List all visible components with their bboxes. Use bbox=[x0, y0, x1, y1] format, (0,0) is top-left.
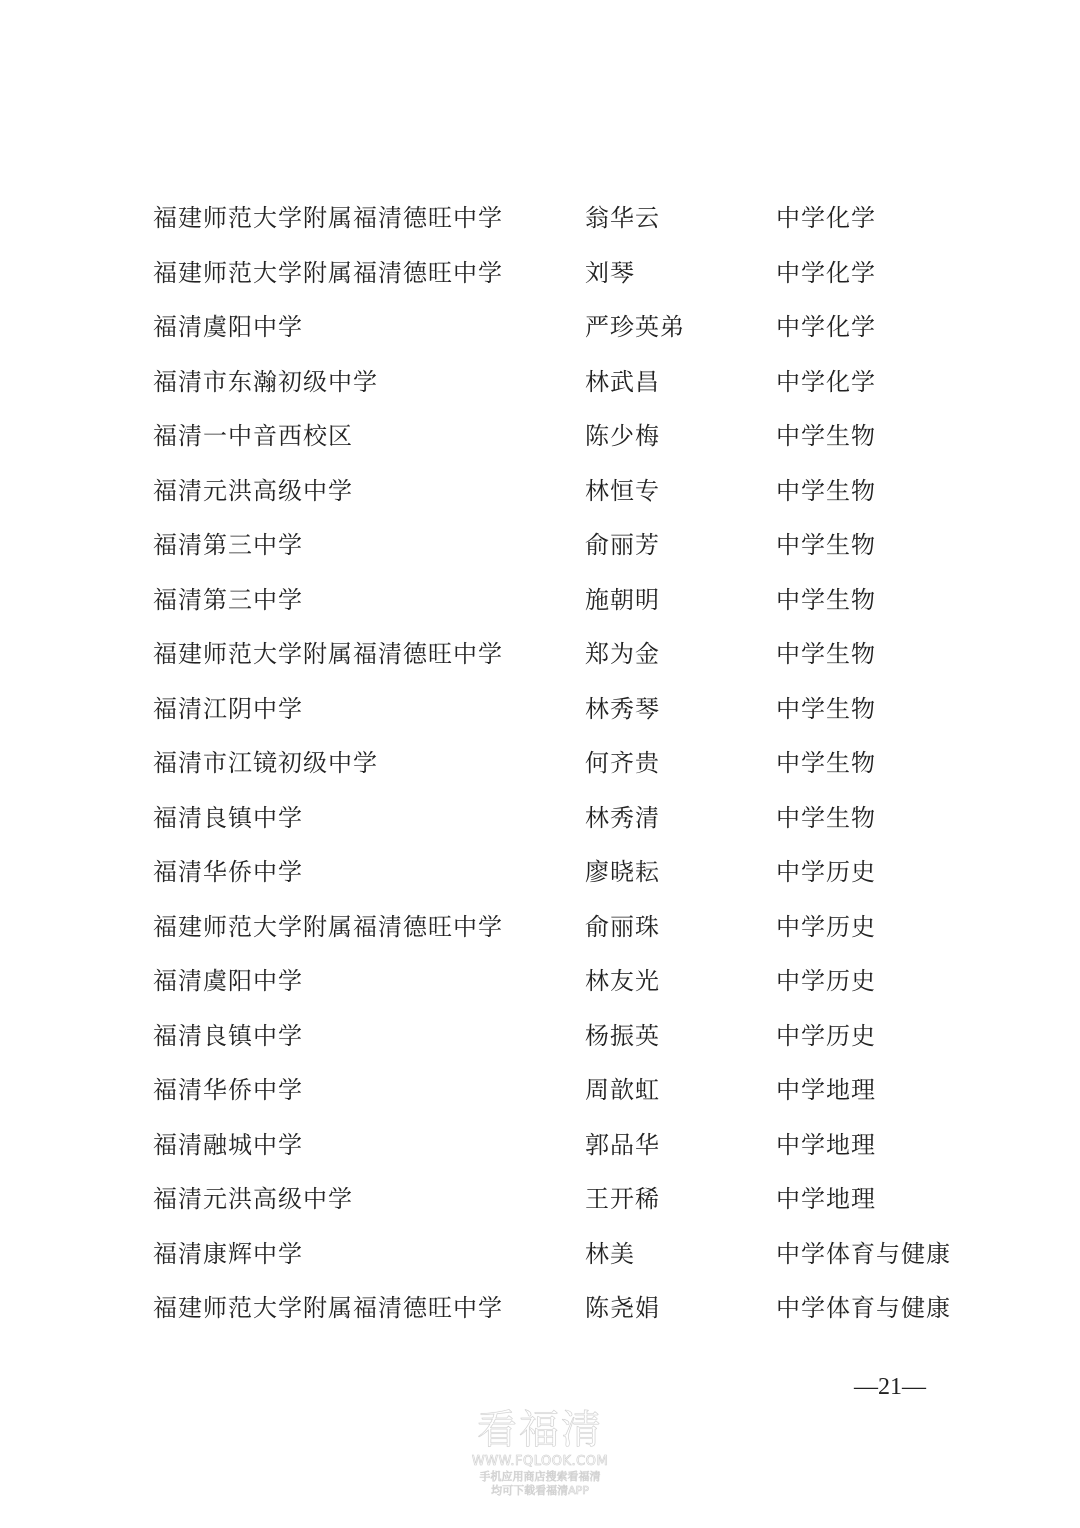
table-row: 福清第三中学 俞丽芳 中学生物 bbox=[153, 527, 973, 582]
name-cell: 林秀琴 bbox=[585, 691, 660, 727]
watermark: 看福清 WWW.FQLOOK.COM 手机应用商店搜索看福清 均可下载看福清AP… bbox=[440, 1408, 640, 1498]
subject-cell: 中学化学 bbox=[776, 364, 876, 400]
table-row: 福建师范大学附属福清德旺中学 刘琴 中学化学 bbox=[153, 255, 973, 310]
subject-cell: 中学生物 bbox=[776, 745, 876, 781]
document-page: 福建师范大学附属福清德旺中学 翁华云 中学化学 福建师范大学附属福清德旺中学 刘… bbox=[0, 0, 1080, 1528]
watermark-url: WWW.FQLOOK.COM bbox=[440, 1454, 640, 1470]
page-number: —21— bbox=[840, 1374, 940, 1401]
table-row: 福建师范大学附属福清德旺中学 陈尧娟 中学体育与健康 bbox=[153, 1290, 973, 1345]
table-row: 福清虞阳中学 严珍英弟 中学化学 bbox=[153, 309, 973, 364]
table-row: 福清虞阳中学 林友光 中学历史 bbox=[153, 963, 973, 1018]
table-row: 福清江阴中学 林秀琴 中学生物 bbox=[153, 691, 973, 746]
subject-cell: 中学化学 bbox=[776, 200, 876, 236]
table-row: 福清一中音西校区 陈少梅 中学生物 bbox=[153, 418, 973, 473]
table-row: 福清康辉中学 林美 中学体育与健康 bbox=[153, 1236, 973, 1291]
subject-cell: 中学历史 bbox=[776, 854, 876, 890]
name-cell: 郑为金 bbox=[585, 636, 660, 672]
watermark-line-1: 手机应用商店搜索看福清 bbox=[440, 1470, 640, 1484]
school-cell: 福清第三中学 bbox=[153, 582, 303, 618]
name-cell: 陈少梅 bbox=[585, 418, 660, 454]
name-cell: 林恒专 bbox=[585, 473, 660, 509]
subject-cell: 中学历史 bbox=[776, 909, 876, 945]
name-cell: 俞丽珠 bbox=[585, 909, 660, 945]
school-cell: 福清良镇中学 bbox=[153, 1018, 303, 1054]
subject-cell: 中学生物 bbox=[776, 800, 876, 836]
subject-cell: 中学地理 bbox=[776, 1072, 876, 1108]
school-cell: 福清华侨中学 bbox=[153, 1072, 303, 1108]
watermark-title: 看福清 bbox=[440, 1408, 640, 1452]
subject-cell: 中学历史 bbox=[776, 963, 876, 999]
school-cell: 福清第三中学 bbox=[153, 527, 303, 563]
subject-cell: 中学生物 bbox=[776, 473, 876, 509]
watermark-line-2: 均可下载看福清APP bbox=[440, 1484, 640, 1498]
subject-cell: 中学生物 bbox=[776, 527, 876, 563]
table-row: 福清元洪高级中学 王开稀 中学地理 bbox=[153, 1181, 973, 1236]
table-row: 福清市东瀚初级中学 林武昌 中学化学 bbox=[153, 364, 973, 419]
school-cell: 福建师范大学附属福清德旺中学 bbox=[153, 909, 503, 945]
name-cell: 严珍英弟 bbox=[585, 309, 685, 345]
name-cell: 林美 bbox=[585, 1236, 635, 1272]
name-cell: 廖晓耘 bbox=[585, 854, 660, 890]
school-cell: 福清元洪高级中学 bbox=[153, 473, 353, 509]
name-cell: 刘琴 bbox=[585, 255, 635, 291]
name-cell: 杨振英 bbox=[585, 1018, 660, 1054]
name-cell: 翁华云 bbox=[585, 200, 660, 236]
school-cell: 福清良镇中学 bbox=[153, 800, 303, 836]
subject-cell: 中学化学 bbox=[776, 255, 876, 291]
school-cell: 福清虞阳中学 bbox=[153, 309, 303, 345]
name-cell: 林武昌 bbox=[585, 364, 660, 400]
name-cell: 陈尧娟 bbox=[585, 1290, 660, 1326]
name-cell: 郭品华 bbox=[585, 1127, 660, 1163]
table-row: 福清市江镜初级中学 何齐贵 中学生物 bbox=[153, 745, 973, 800]
table-row: 福清华侨中学 周歆虹 中学地理 bbox=[153, 1072, 973, 1127]
school-cell: 福清市东瀚初级中学 bbox=[153, 364, 378, 400]
table-row: 福清第三中学 施朝明 中学生物 bbox=[153, 582, 973, 637]
table-row: 福清元洪高级中学 林恒专 中学生物 bbox=[153, 473, 973, 528]
subject-cell: 中学生物 bbox=[776, 418, 876, 454]
subject-cell: 中学生物 bbox=[776, 582, 876, 618]
school-cell: 福建师范大学附属福清德旺中学 bbox=[153, 200, 503, 236]
name-cell: 林友光 bbox=[585, 963, 660, 999]
subject-cell: 中学地理 bbox=[776, 1127, 876, 1163]
school-cell: 福清元洪高级中学 bbox=[153, 1181, 353, 1217]
school-cell: 福清华侨中学 bbox=[153, 854, 303, 890]
table-row: 福清融城中学 郭品华 中学地理 bbox=[153, 1127, 973, 1182]
table-row: 福建师范大学附属福清德旺中学 俞丽珠 中学历史 bbox=[153, 909, 973, 964]
table-row: 福建师范大学附属福清德旺中学 翁华云 中学化学 bbox=[153, 200, 973, 255]
name-cell: 何齐贵 bbox=[585, 745, 660, 781]
name-cell: 周歆虹 bbox=[585, 1072, 660, 1108]
subject-cell: 中学地理 bbox=[776, 1181, 876, 1217]
subject-cell: 中学体育与健康 bbox=[776, 1236, 951, 1272]
school-cell: 福清康辉中学 bbox=[153, 1236, 303, 1272]
school-cell: 福清江阴中学 bbox=[153, 691, 303, 727]
subject-cell: 中学化学 bbox=[776, 309, 876, 345]
table-row: 福清华侨中学 廖晓耘 中学历史 bbox=[153, 854, 973, 909]
name-cell: 施朝明 bbox=[585, 582, 660, 618]
table-row: 福建师范大学附属福清德旺中学 郑为金 中学生物 bbox=[153, 636, 973, 691]
school-cell: 福建师范大学附属福清德旺中学 bbox=[153, 255, 503, 291]
school-cell: 福建师范大学附属福清德旺中学 bbox=[153, 636, 503, 672]
teacher-list-table: 福建师范大学附属福清德旺中学 翁华云 中学化学 福建师范大学附属福清德旺中学 刘… bbox=[153, 200, 973, 1345]
subject-cell: 中学历史 bbox=[776, 1018, 876, 1054]
name-cell: 林秀清 bbox=[585, 800, 660, 836]
name-cell: 俞丽芳 bbox=[585, 527, 660, 563]
table-row: 福清良镇中学 林秀清 中学生物 bbox=[153, 800, 973, 855]
subject-cell: 中学生物 bbox=[776, 636, 876, 672]
subject-cell: 中学体育与健康 bbox=[776, 1290, 951, 1326]
school-cell: 福清虞阳中学 bbox=[153, 963, 303, 999]
subject-cell: 中学生物 bbox=[776, 691, 876, 727]
school-cell: 福清市江镜初级中学 bbox=[153, 745, 378, 781]
table-row: 福清良镇中学 杨振英 中学历史 bbox=[153, 1018, 973, 1073]
school-cell: 福清一中音西校区 bbox=[153, 418, 353, 454]
school-cell: 福建师范大学附属福清德旺中学 bbox=[153, 1290, 503, 1326]
school-cell: 福清融城中学 bbox=[153, 1127, 303, 1163]
name-cell: 王开稀 bbox=[585, 1181, 660, 1217]
